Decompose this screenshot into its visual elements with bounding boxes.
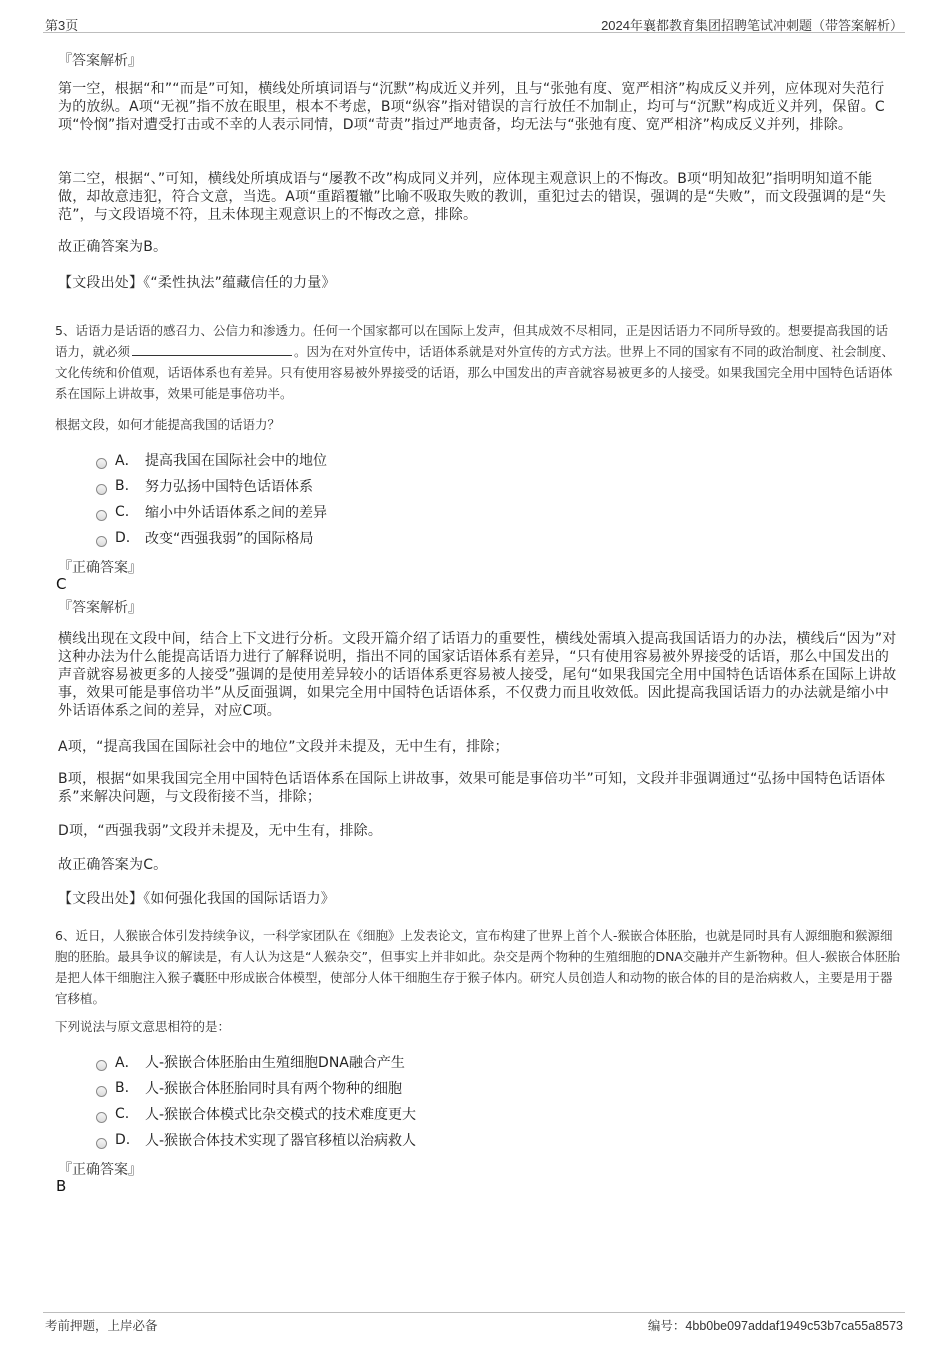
option-d[interactable]: D. 改变“西强我弱”的国际格局 [96,527,314,549]
radio-icon[interactable] [96,1112,107,1123]
radio-icon[interactable] [96,510,107,521]
correct-answer: B [56,1177,66,1195]
question-6-stem: 6、近日，人猴嵌合体引发持续争议，一科学家团队在《细胞》上发表论文，宣布构建了世… [55,925,900,1009]
correct-answer-label: 『正确答案』 [58,1159,142,1179]
explain-a: A项，“提高我国在国际社会中的地位”文段并未提及，无中生有，排除； [58,738,898,756]
analysis-paragraph-1: 第一空，根据“和”“而是”可知，横线处所填词语与“沉默”构成近义并列，且与“张弛… [58,80,898,134]
question-5-prompt: 根据文段，如何才能提高我国的话语力？ [55,414,900,435]
source: 【文段出处】《“柔性执法”蕴藏信任的力量》 [58,274,898,292]
analysis-label: 『答案解析』 [58,50,142,70]
option-b[interactable]: B. 人-猴嵌合体胚胎同时具有两个物种的细胞 [96,1077,402,1099]
fill-blank [132,342,292,356]
radio-icon[interactable] [96,536,107,547]
radio-icon[interactable] [96,1060,107,1071]
correct-answer: C [56,575,66,593]
document-title: 2024年襄都教育集团招聘笔试冲刺题（带答案解析） [601,15,903,34]
option-b[interactable]: B. 努力弘扬中国特色话语体系 [96,475,313,497]
analysis-paragraph-2: 第二空，根据“、”可知，横线处所填成语与“屡教不改”构成同义并列，应体现主观意识… [58,170,898,224]
source: 【文段出处】《如何强化我国的国际话语力》 [58,890,898,908]
option-a[interactable]: A． 提高我国在国际社会中的地位 [96,449,327,471]
option-a[interactable]: A． 人-猴嵌合体胚胎由生殖细胞DNA融合产生 [96,1051,405,1073]
explain-d: D项，“西强我弱”文段并未提及，无中生有，排除。 [58,822,898,840]
radio-icon[interactable] [96,458,107,469]
analysis-label: 『答案解析』 [58,597,142,617]
page-header: 第3页 2024年襄都教育集团招聘笔试冲刺题（带答案解析） [43,10,905,33]
question-number: 5、 [55,323,75,338]
explain-b: B项，根据“如果我国完全用中国特色话语体系在国际上讲故事，效果可能是事倍功半”可… [58,770,898,806]
page-number: 第3页 [45,15,78,34]
radio-icon[interactable] [96,1086,107,1097]
option-c[interactable]: C. 人-猴嵌合体模式比杂交模式的技术难度更大 [96,1103,416,1125]
page-footer: 考前押题，上岸必备 编号：4bb0be097addaf1949c53b7ca55… [43,1312,905,1313]
conclusion: 故正确答案为C。 [58,856,898,874]
question-5-stem: 5、话语力是话语的感召力、公信力和渗透力。任何一个国家都可以在国际上发声，但其成… [55,320,900,404]
question-6-prompt: 下列说法与原文意思相符的是： [55,1016,900,1037]
radio-icon[interactable] [96,484,107,495]
analysis-paragraph: 横线出现在文段中间，结合上下文进行分析。文段开篇介绍了话语力的重要性，横线处需填… [58,630,898,720]
conclusion: 故正确答案为B。 [58,238,898,256]
option-c[interactable]: C. 缩小中外话语体系之间的差异 [96,501,327,523]
option-d[interactable]: D. 人-猴嵌合体技术实现了器官移植以治病救人 [96,1129,416,1151]
footer-slogan: 考前押题，上岸必备 [45,1316,158,1334]
question-number: 6、 [55,928,75,943]
radio-icon[interactable] [96,1138,107,1149]
correct-answer-label: 『正确答案』 [58,557,142,577]
document-code: 编号：4bb0be097addaf1949c53b7ca55a8573 [648,1316,903,1334]
